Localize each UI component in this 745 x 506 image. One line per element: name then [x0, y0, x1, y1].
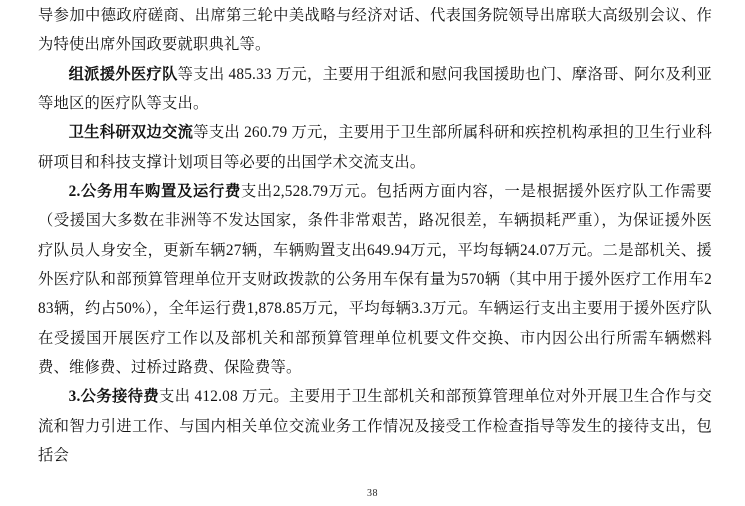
page-number: 38	[367, 488, 378, 499]
paragraph-research-exchange-expense: 卫生科研双边交流等支出 260.79 万元，主要用于卫生部所属科研和疾控机构承担…	[38, 118, 712, 177]
paragraph-official-vehicle-expense: 2.公务用车购置及运行费支出2,528.79万元。包括两方面内容，一是根据援外医…	[38, 177, 712, 382]
paragraph-lead: 卫生科研双边交流	[69, 124, 194, 141]
paragraph-lead: 3.公务接待费	[69, 388, 159, 405]
paragraph-text: 导参加中德政府磋商、出席第三轮中美战略与经济对话、代表国务院领导出席联大高级别会…	[38, 7, 712, 53]
page-footer: 38	[0, 483, 745, 501]
paragraph-lead: 组派援外医疗队	[69, 66, 178, 83]
paragraph-continuation: 导参加中德政府磋商、出席第三轮中美战略与经济对话、代表国务院领导出席联大高级别会…	[38, 1, 712, 60]
paragraph-official-reception-expense: 3.公务接待费支出 412.08 万元。主要用于卫生部机关和部预算管理单位对外开…	[38, 382, 712, 470]
paragraph-medical-team-expense: 组派援外医疗队等支出 485.33 万元，主要用于组派和慰问我国援助也门、摩洛哥…	[38, 60, 712, 119]
paragraph-lead: 2.公务用车购置及运行费	[69, 183, 241, 200]
paragraph-text: 支出2,528.79万元。包括两方面内容，一是根据援外医疗队工作需要（受援国大多…	[38, 183, 712, 376]
document-body: 导参加中德政府磋商、出席第三轮中美战略与经济对话、代表国务院领导出席联大高级别会…	[38, 1, 712, 471]
document-page: 导参加中德政府磋商、出席第三轮中美战略与经济对话、代表国务院领导出席联大高级别会…	[0, 0, 745, 506]
